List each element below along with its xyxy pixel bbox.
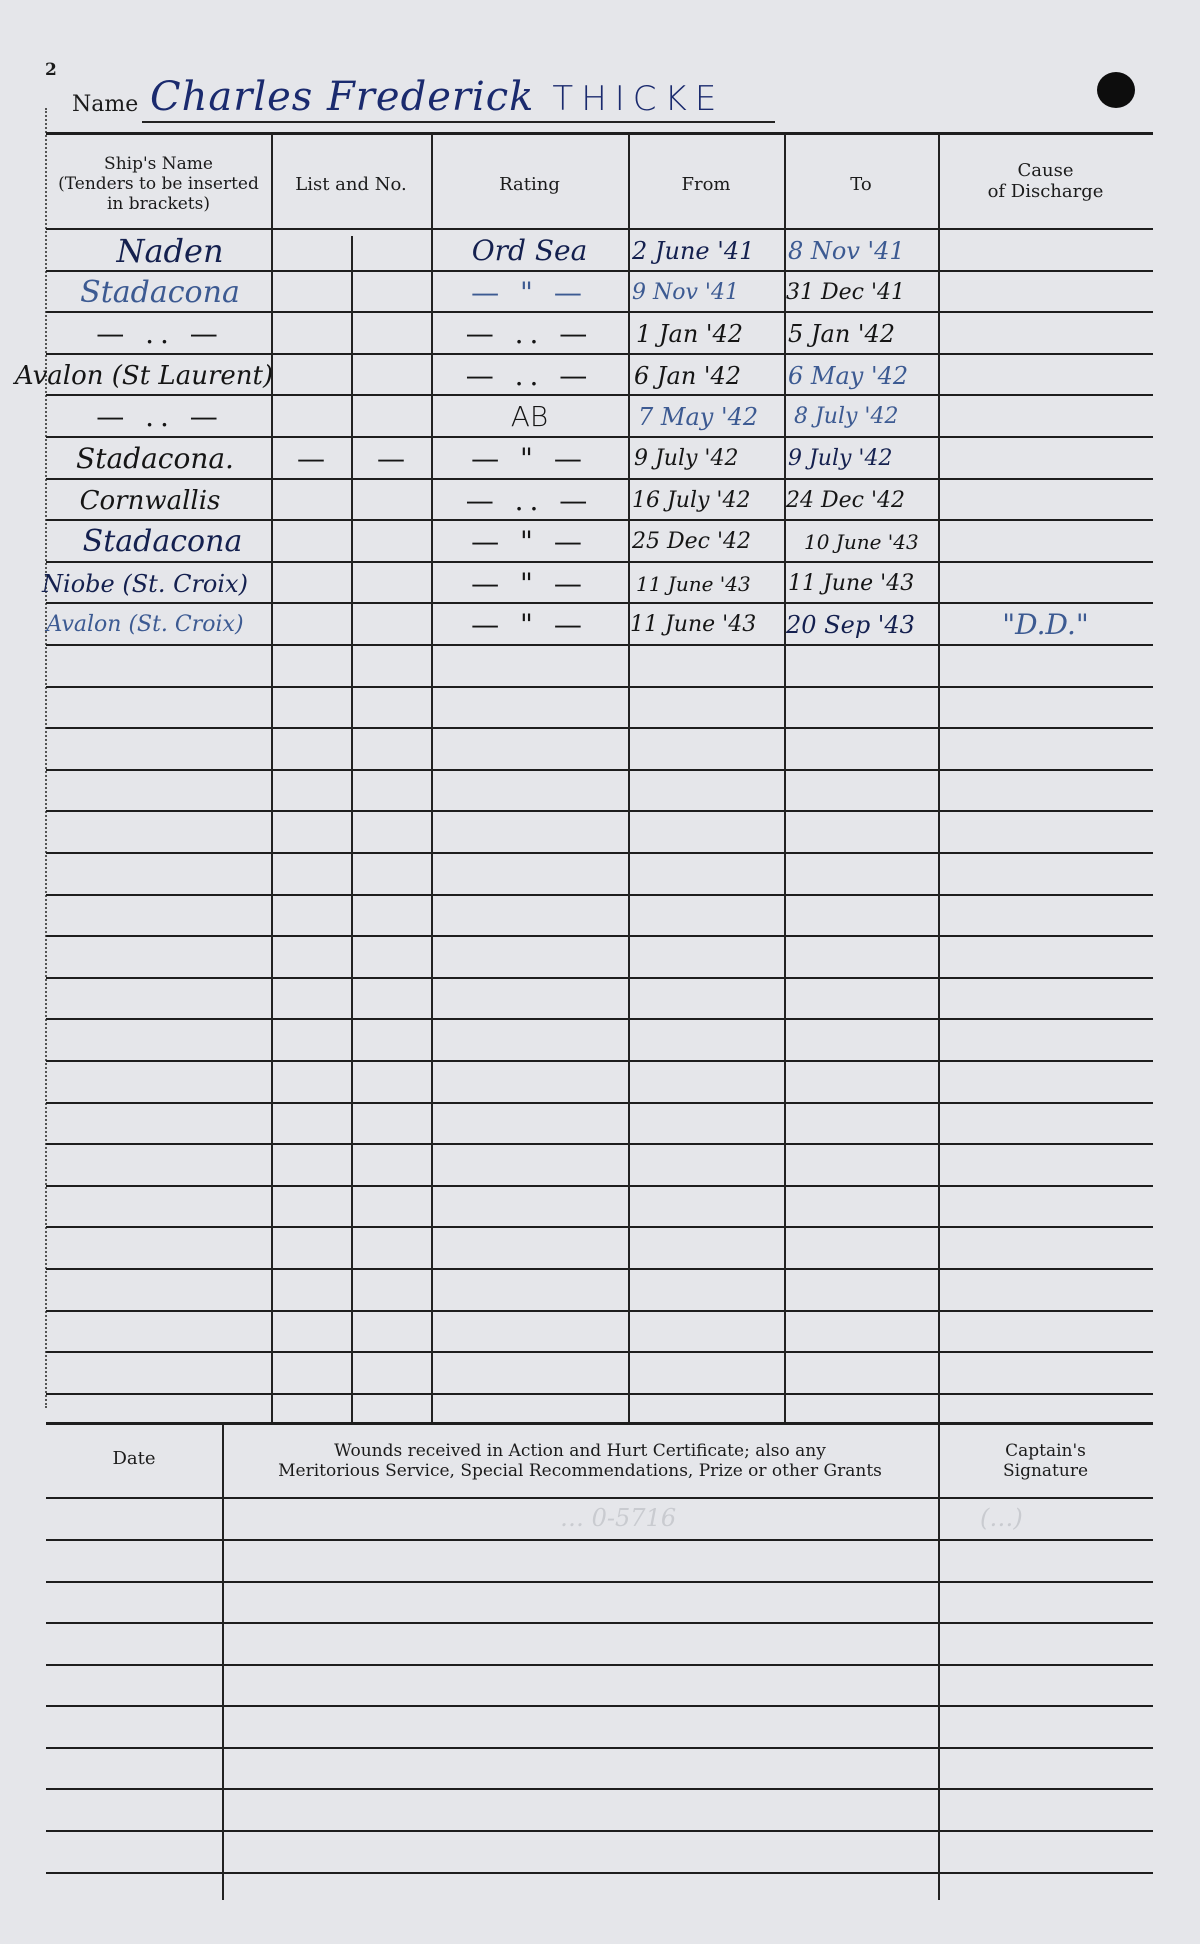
header-ship-line-1: Ship's Name <box>46 154 271 174</box>
header-wounds: Wounds received in Action and Hurt Certi… <box>222 1441 938 1481</box>
row-rule <box>273 1393 351 1395</box>
row-rule <box>273 394 351 396</box>
ship-name-cell: Stadacona <box>50 519 275 560</box>
row-rule <box>433 644 628 646</box>
row-rule <box>46 1830 222 1832</box>
row-rule <box>786 810 938 812</box>
row-rule <box>630 810 784 812</box>
row-rule <box>46 1351 271 1353</box>
page-number: 2 <box>45 60 57 80</box>
row-rule <box>273 852 351 854</box>
row-rule <box>786 1393 938 1395</box>
header-from: From <box>628 174 784 195</box>
row-rule <box>433 727 628 729</box>
to-cell: 8 July '42 <box>784 394 938 435</box>
to-cell: 6 May '42 <box>784 353 938 394</box>
row-rule <box>786 977 938 979</box>
row-rule <box>46 1539 222 1541</box>
row-rule <box>273 727 351 729</box>
rating-cell: — " — <box>431 561 628 602</box>
row-rule <box>353 1268 431 1270</box>
row-rule <box>353 1143 431 1145</box>
row-rule <box>940 1268 1153 1270</box>
row-rule <box>46 1393 271 1395</box>
from-cell: 11 June '43 <box>628 561 784 602</box>
row-rule <box>786 852 938 854</box>
row-rule <box>46 1226 271 1228</box>
ship-name-cell: — .. — <box>50 311 270 352</box>
rating-cell: — " — <box>431 436 628 477</box>
row-rule <box>353 727 431 729</box>
to-cell: 31 Dec '41 <box>784 270 938 311</box>
row-rule <box>353 561 431 563</box>
row-rule <box>940 1310 1153 1312</box>
row-rule <box>630 977 784 979</box>
row-rule <box>940 478 1153 480</box>
header-signature-line-2: Signature <box>938 1461 1153 1481</box>
row-rule <box>353 686 431 688</box>
col-divider <box>938 134 940 1423</box>
row-rule <box>786 894 938 896</box>
row-rule <box>433 769 628 771</box>
cause-of-discharge-cell: "D.D." <box>938 602 1153 643</box>
row-rule <box>433 1351 628 1353</box>
to-cell: 8 Nov '41 <box>784 228 938 269</box>
row-rule <box>273 478 351 480</box>
row-rule <box>433 810 628 812</box>
faint-bleed-through-wounds: … 0-5716 <box>560 1504 676 1532</box>
header-ship-line-2: (Tenders to be inserted <box>46 174 271 194</box>
row-rule <box>273 1310 351 1312</box>
ship-name-cell: Cornwallis <box>50 478 250 519</box>
header-wounds-line-1: Wounds received in Action and Hurt Certi… <box>222 1441 938 1461</box>
row-rule <box>940 311 1153 313</box>
row-rule <box>46 1581 222 1583</box>
row-rule <box>353 602 431 604</box>
row-rule <box>433 1185 628 1187</box>
row-rule <box>273 602 351 604</box>
row-rule <box>940 894 1153 896</box>
row-rule <box>786 769 938 771</box>
header-rating: Rating <box>431 174 628 195</box>
row-rule <box>940 1788 1153 1790</box>
row-rule <box>353 852 431 854</box>
row-rule <box>940 228 1153 230</box>
name-value: Charles FrederickTHICKE <box>150 74 724 120</box>
row-rule <box>940 1102 1153 1104</box>
to-cell: 9 July '42 <box>784 436 938 477</box>
row-rule <box>353 394 431 396</box>
service-table-bottom-border <box>46 1422 1153 1425</box>
header-signature-line-1: Captain's <box>938 1441 1153 1461</box>
row-rule <box>46 644 271 646</box>
row-rule <box>940 1018 1153 1020</box>
rating-cell: Ord Sea <box>431 228 628 269</box>
row-rule <box>630 1393 784 1395</box>
row-rule <box>630 894 784 896</box>
header-cause-of-discharge: Cause of Discharge <box>938 160 1153 202</box>
row-rule <box>46 769 271 771</box>
row-rule <box>940 270 1153 272</box>
col-divider <box>351 236 353 1423</box>
row-rule <box>433 1060 628 1062</box>
row-rule <box>940 852 1153 854</box>
row-rule <box>273 977 351 979</box>
row-rule <box>224 1497 938 1499</box>
row-rule <box>630 1310 784 1312</box>
row-rule <box>46 977 271 979</box>
row-rule <box>353 977 431 979</box>
row-rule <box>940 1393 1153 1395</box>
row-rule <box>46 1622 222 1624</box>
row-rule <box>224 1622 938 1624</box>
ship-name-cell: Avalon (St Laurent) <box>4 353 284 394</box>
header-captains-signature: Captain's Signature <box>938 1441 1153 1481</box>
row-rule <box>273 228 431 230</box>
row-rule <box>273 1143 351 1145</box>
rating-cell: — .. — <box>431 353 628 394</box>
to-cell: 11 June '43 <box>784 561 938 602</box>
row-rule <box>46 1705 222 1707</box>
row-rule <box>786 1143 938 1145</box>
row-rule <box>940 436 1153 438</box>
row-rule <box>940 1351 1153 1353</box>
name-label: Name <box>72 92 138 117</box>
row-rule <box>433 686 628 688</box>
from-cell: 2 June '41 <box>628 228 784 269</box>
from-cell: 9 Nov '41 <box>628 270 784 311</box>
header-ship-name: Ship's Name (Tenders to be inserted in b… <box>46 154 271 214</box>
row-rule <box>786 727 938 729</box>
row-rule <box>786 1102 938 1104</box>
row-rule <box>630 1268 784 1270</box>
row-rule <box>433 935 628 937</box>
row-rule <box>46 894 271 896</box>
row-rule <box>273 1185 351 1187</box>
list-a-cell: — <box>271 436 351 477</box>
list-b-cell: — <box>351 436 431 477</box>
row-rule <box>630 644 784 646</box>
row-rule <box>940 727 1153 729</box>
to-cell: 20 Sep '43 <box>784 602 938 643</box>
from-cell: 1 Jan '42 <box>628 311 784 352</box>
row-rule <box>940 935 1153 937</box>
row-rule <box>46 810 271 812</box>
row-rule <box>273 311 351 313</box>
row-rule <box>46 1102 271 1104</box>
row-rule <box>940 1830 1153 1832</box>
row-rule <box>786 644 938 646</box>
row-rule <box>353 769 431 771</box>
ship-name-cell: Stadacona <box>50 270 270 311</box>
row-rule <box>353 1393 431 1395</box>
row-rule <box>940 353 1153 355</box>
row-rule <box>353 644 431 646</box>
given-names: Charles Frederick <box>150 74 534 120</box>
header-wounds-line-2: Meritorious Service, Special Recommendat… <box>222 1461 938 1481</box>
row-rule <box>786 1268 938 1270</box>
row-rule <box>273 810 351 812</box>
row-rule <box>433 1226 628 1228</box>
row-rule <box>353 935 431 937</box>
row-rule <box>273 1018 351 1020</box>
row-rule <box>630 727 784 729</box>
header-cause-line-1: Cause <box>938 160 1153 181</box>
faint-bleed-through-signature: (…) <box>980 1504 1023 1532</box>
row-rule <box>940 1143 1153 1145</box>
row-rule <box>353 1351 431 1353</box>
row-rule <box>46 935 271 937</box>
row-rule <box>433 1268 628 1270</box>
row-rule <box>630 935 784 937</box>
row-rule <box>353 1060 431 1062</box>
header-cause-line-2: of Discharge <box>938 181 1153 202</box>
row-rule <box>273 353 351 355</box>
row-rule <box>940 519 1153 521</box>
row-rule <box>46 686 271 688</box>
row-rule <box>46 1018 271 1020</box>
row-rule <box>273 519 351 521</box>
row-rule <box>273 1102 351 1104</box>
row-rule <box>630 1226 784 1228</box>
row-rule <box>940 561 1153 563</box>
row-rule <box>786 1226 938 1228</box>
row-rule <box>273 686 351 688</box>
to-cell: 24 Dec '42 <box>784 478 938 519</box>
rating-cell: — .. — <box>431 478 628 519</box>
row-rule <box>46 1872 222 1874</box>
row-rule <box>224 1581 938 1583</box>
row-rule <box>630 1102 784 1104</box>
header-date: Date <box>46 1448 222 1469</box>
rating-cell: AB <box>431 394 628 435</box>
row-rule <box>353 1018 431 1020</box>
row-rule <box>353 894 431 896</box>
row-rule <box>273 1060 351 1062</box>
row-rule <box>433 1393 628 1395</box>
surname: THICKE <box>552 79 724 119</box>
row-rule <box>273 1268 351 1270</box>
row-rule <box>433 1143 628 1145</box>
row-rule <box>433 894 628 896</box>
header-ship-line-3: in brackets) <box>46 194 271 214</box>
row-rule <box>940 1226 1153 1228</box>
row-rule <box>940 1539 1153 1541</box>
row-rule <box>940 1622 1153 1624</box>
row-rule <box>630 852 784 854</box>
row-rule <box>353 311 431 313</box>
row-rule <box>46 1060 271 1062</box>
row-rule <box>940 1185 1153 1187</box>
rating-cell: — " — <box>431 602 628 643</box>
header-to: To <box>784 174 938 195</box>
row-rule <box>433 977 628 979</box>
row-rule <box>940 1747 1153 1749</box>
row-rule <box>224 1830 938 1832</box>
row-rule <box>273 644 351 646</box>
row-rule <box>786 1310 938 1312</box>
row-rule <box>273 270 351 272</box>
row-rule <box>46 1268 271 1270</box>
row-rule <box>224 1872 938 1874</box>
row-rule <box>353 478 431 480</box>
row-rule <box>940 1872 1153 1874</box>
row-rule <box>940 1497 1153 1499</box>
row-rule <box>630 1018 784 1020</box>
from-cell: 11 June '43 <box>628 602 784 643</box>
from-cell: 16 July '42 <box>628 478 784 519</box>
from-cell: 9 July '42 <box>628 436 784 477</box>
row-rule <box>46 1497 222 1499</box>
row-rule <box>940 977 1153 979</box>
row-rule <box>273 935 351 937</box>
row-rule <box>786 935 938 937</box>
row-rule <box>353 810 431 812</box>
row-rule <box>46 1788 222 1790</box>
ship-name-cell: Niobe (St. Croix) <box>20 561 270 602</box>
row-rule <box>786 686 938 688</box>
row-rule <box>353 1310 431 1312</box>
rating-cell: — " — <box>431 519 628 560</box>
row-rule <box>630 769 784 771</box>
row-rule <box>433 1018 628 1020</box>
row-rule <box>273 894 351 896</box>
row-rule <box>786 1185 938 1187</box>
row-rule <box>940 810 1153 812</box>
row-rule <box>46 1143 271 1145</box>
row-rule <box>353 353 431 355</box>
punch-hole <box>1097 72 1135 108</box>
row-rule <box>46 1310 271 1312</box>
row-rule <box>630 1143 784 1145</box>
col-divider <box>271 134 273 1423</box>
ship-name-cell: Naden <box>70 228 270 269</box>
row-rule <box>786 1351 938 1353</box>
ship-name-cell: — .. — <box>50 394 270 435</box>
header-list-and-no: List and No. <box>271 174 431 195</box>
row-rule <box>940 644 1153 646</box>
row-rule <box>630 686 784 688</box>
row-rule <box>433 1102 628 1104</box>
row-rule <box>353 1226 431 1228</box>
row-rule <box>786 1018 938 1020</box>
row-rule <box>224 1788 938 1790</box>
row-rule <box>353 1102 431 1104</box>
left-margin-rule <box>45 108 47 1408</box>
row-rule <box>46 1747 222 1749</box>
row-rule <box>224 1664 938 1666</box>
row-rule <box>433 852 628 854</box>
row-rule <box>786 1060 938 1062</box>
name-underline <box>142 121 775 123</box>
row-rule <box>940 686 1153 688</box>
row-rule <box>46 852 271 854</box>
from-cell: 25 Dec '42 <box>628 519 784 560</box>
row-rule <box>273 1351 351 1353</box>
row-rule <box>273 769 351 771</box>
from-cell: 7 May '42 <box>628 394 784 435</box>
row-rule <box>940 1705 1153 1707</box>
row-rule <box>353 1185 431 1187</box>
row-rule <box>273 561 351 563</box>
row-rule <box>224 1705 938 1707</box>
row-rule <box>630 1060 784 1062</box>
to-cell: 10 June '43 <box>784 519 938 560</box>
row-rule <box>353 519 431 521</box>
row-rule <box>46 1664 222 1666</box>
row-rule <box>630 1351 784 1353</box>
ship-name-cell: Stadacona. <box>40 436 270 477</box>
row-rule <box>46 1185 271 1187</box>
from-cell: 6 Jan '42 <box>628 353 784 394</box>
row-rule <box>224 1539 938 1541</box>
row-rule <box>940 769 1153 771</box>
rating-cell: — " — <box>431 270 628 311</box>
row-rule <box>940 1664 1153 1666</box>
to-cell: 5 Jan '42 <box>784 311 938 352</box>
rating-cell: — .. — <box>431 311 628 352</box>
row-rule <box>940 394 1153 396</box>
row-rule <box>353 270 431 272</box>
row-rule <box>273 1226 351 1228</box>
service-table-top-border <box>46 132 1153 135</box>
row-rule <box>224 1747 938 1749</box>
ship-name-cell: Avalon (St. Croix) <box>20 602 270 643</box>
row-rule <box>630 1185 784 1187</box>
row-rule <box>46 727 271 729</box>
row-rule <box>433 1310 628 1312</box>
row-rule <box>940 1581 1153 1583</box>
row-rule <box>940 1060 1153 1062</box>
